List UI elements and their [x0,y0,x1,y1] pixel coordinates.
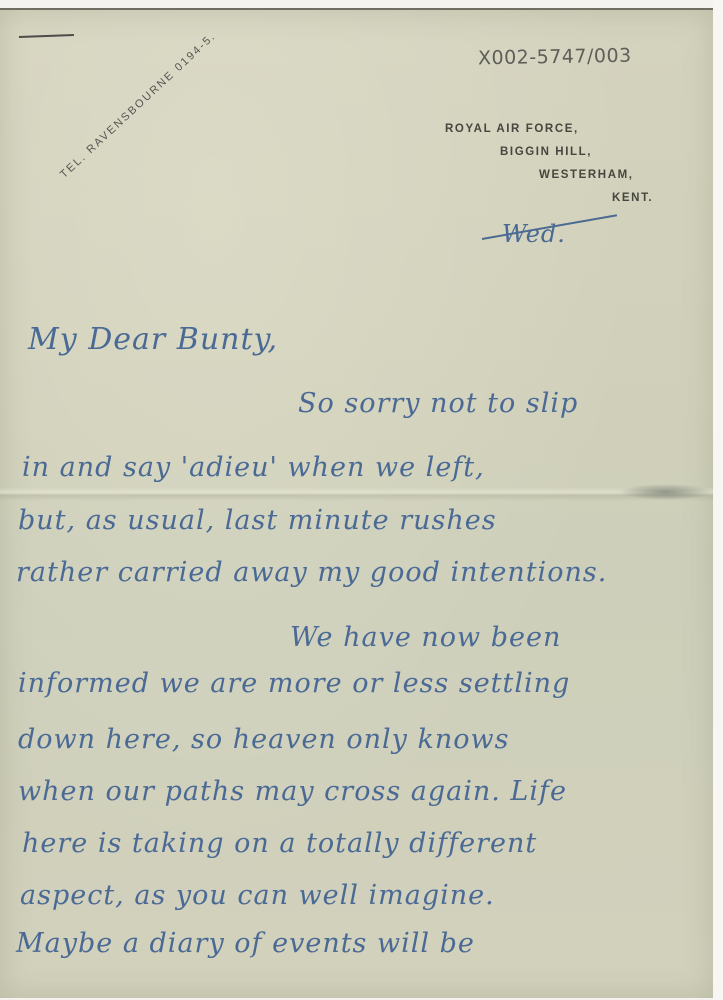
body-line-6: informed we are more or less settling [18,668,570,699]
scan-margin [713,0,723,1000]
body-line-3: but, as usual, last minute rushes [18,505,497,536]
letterhead-address-line-4: KENT. [612,192,653,204]
fold-smudge [618,484,713,500]
body-line-10: aspect, as you can well imagine. [20,880,495,911]
body-line-2: in and say 'adieu' when we left, [22,452,485,483]
body-line-9: here is taking on a totally different [22,828,537,859]
body-line-8: when our paths may cross again. Life [18,776,567,807]
letterhead-address-line-2: BIGGIN HILL, [500,146,592,158]
letterhead-address-line-3: WESTERHAM, [539,169,634,181]
paper-fold-crease [0,487,713,501]
letterhead-address-line-1: ROYAL AIR FORCE, [445,123,579,135]
salutation: My Dear Bunty, [28,322,278,357]
archive-reference: X002-5747/003 [478,45,632,70]
body-line-4: rather carried away my good intentions. [16,557,607,588]
body-line-7: down here, so heaven only knows [18,724,510,755]
body-line-5: We have now been [290,622,561,653]
body-line-1: So sorry not to slip [298,388,578,419]
body-line-11: Maybe a diary of events will be [16,928,475,959]
